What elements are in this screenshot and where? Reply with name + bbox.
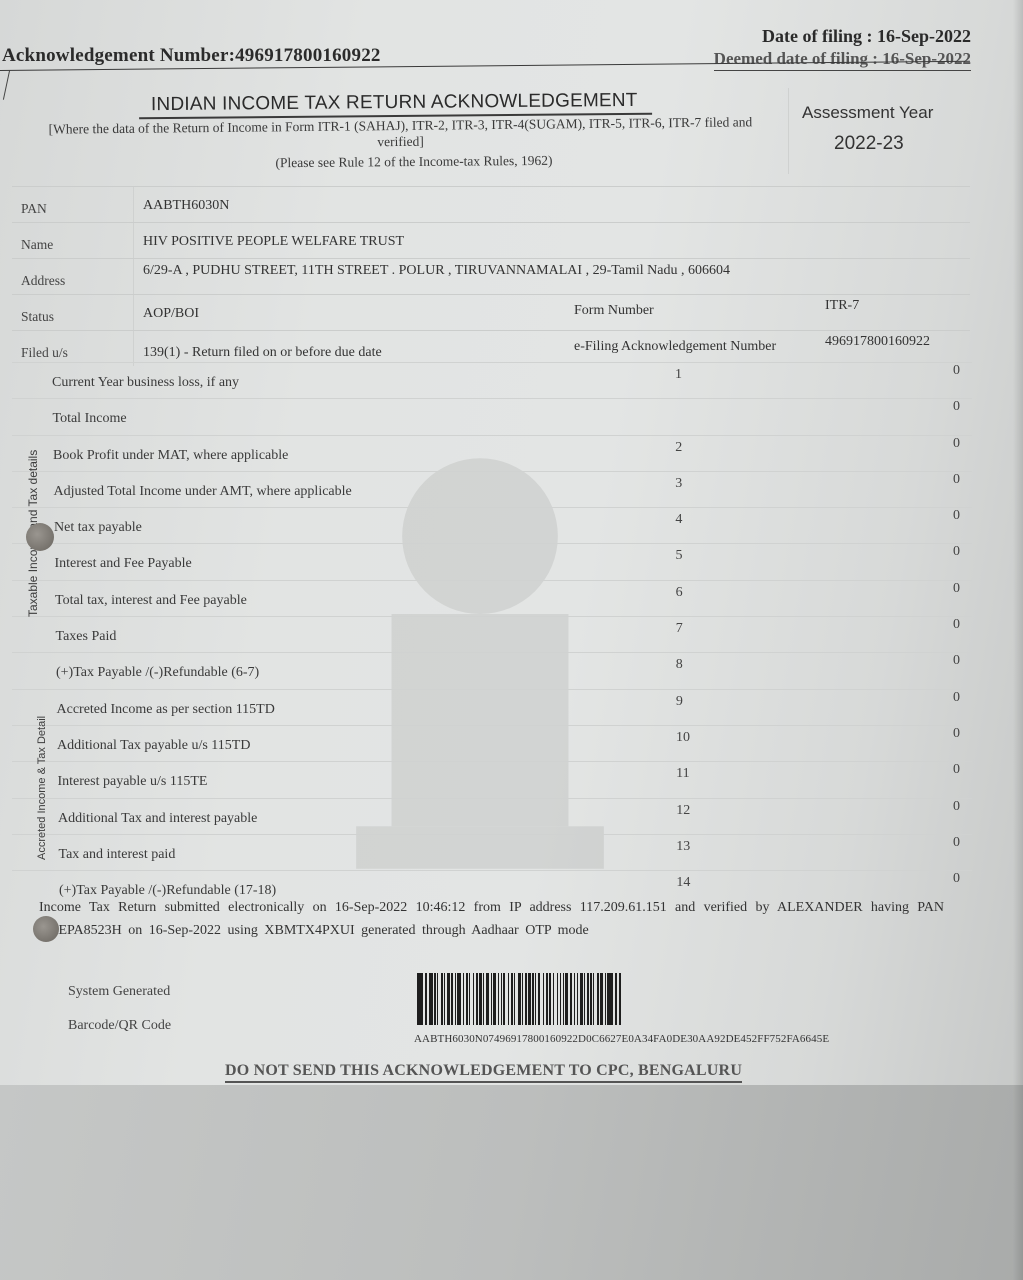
- row-value: 0: [953, 690, 960, 706]
- table-row: Additional Tax payable u/s 115TD100: [12, 725, 972, 761]
- row-label: Interest payable u/s 115TE: [58, 774, 208, 790]
- row-number: 3: [675, 476, 682, 492]
- assessment-year-value: 2022-23: [834, 133, 904, 155]
- acknowledgement-number: Acknowledgement Number:496917800160922: [2, 45, 381, 67]
- name-label: Name: [21, 237, 53, 253]
- row-value: 0: [953, 544, 960, 560]
- divider: [788, 88, 789, 174]
- row-label: Current Year business loss, if any: [52, 375, 239, 391]
- table-row: Taxes Paid70: [12, 616, 972, 652]
- barcode-label-line1: System Generated: [68, 975, 171, 1009]
- row-value: 0: [953, 726, 960, 742]
- page-edge: [1013, 0, 1023, 1280]
- pan-value: AABTH6030N: [143, 198, 229, 214]
- table-row: Tax and interest paid130: [12, 834, 972, 870]
- row-number: 7: [676, 621, 683, 637]
- row-value: 0: [953, 508, 960, 524]
- taxpayer-info-table: PAN AABTH6030N Name HIV POSITIVE PEOPLE …: [12, 186, 970, 366]
- row-label: Tax and interest paid: [59, 847, 176, 863]
- info-row-address: Address 6/29-A , PUDHU STREET, 11TH STRE…: [12, 258, 970, 294]
- info-row-name: Name HIV POSITIVE PEOPLE WELFARE TRUST: [12, 222, 970, 258]
- row-value: 0: [953, 617, 960, 633]
- section-label-accreted: Accreted Income & Tax Detail: [36, 716, 48, 860]
- form-number-value: ITR-7: [825, 298, 859, 314]
- row-label: Total Income: [53, 411, 127, 427]
- barcode-label: System Generated Barcode/QR Code: [68, 975, 171, 1043]
- row-number: 8: [676, 657, 683, 673]
- title-block: INDIAN INCOME TAX RETURN ACKNOWLEDGEMENT…: [14, 88, 969, 174]
- row-value: 0: [953, 472, 960, 488]
- row-value: 0: [953, 835, 960, 851]
- row-label: Adjusted Total Income under AMT, where a…: [54, 484, 352, 500]
- efiling-ack-label: e-Filing Acknowledgement Number: [574, 339, 776, 355]
- divider: [133, 295, 134, 330]
- table-row: Net tax payable40: [12, 507, 972, 543]
- name-value: HIV POSITIVE PEOPLE WELFARE TRUST: [143, 234, 404, 250]
- assessment-year-label: Assessment Year: [802, 103, 933, 123]
- row-label: Net tax payable: [54, 520, 142, 536]
- page-shadow: [0, 1085, 1023, 1280]
- table-row: (+)Tax Payable /(-)Refundable (6-7)80: [12, 652, 972, 688]
- row-label: (+)Tax Payable /(-)Refundable (6-7): [56, 665, 259, 681]
- row-number: 12: [676, 803, 690, 819]
- table-row: Interest and Fee Payable50: [12, 543, 972, 579]
- row-value: 0: [953, 653, 960, 669]
- efiling-ack-value: 496917800160922: [825, 334, 930, 350]
- row-number: 10: [676, 730, 690, 746]
- rule-note: (Please see Rule 12 of the Income-tax Ru…: [134, 152, 694, 173]
- info-row-status: Status AOP/BOI Form Number ITR-7: [12, 294, 970, 330]
- table-row: Total Income0: [12, 398, 972, 434]
- row-label: Interest and Fee Payable: [55, 556, 192, 572]
- row-number: 9: [676, 694, 683, 710]
- filing-dates: Date of filing : 16-Sep-2022 Deemed date…: [714, 26, 971, 71]
- row-label: Additional Tax payable u/s 115TD: [57, 738, 250, 754]
- row-value: 0: [953, 363, 960, 379]
- info-row-pan: PAN AABTH6030N: [12, 186, 970, 222]
- address-label: Address: [21, 273, 65, 289]
- pen-mark: [3, 70, 10, 100]
- row-number: 5: [676, 548, 683, 564]
- row-number: 6: [676, 585, 683, 601]
- row-value: 0: [953, 871, 960, 887]
- row-label: Book Profit under MAT, where applicable: [53, 448, 288, 464]
- table-row: Current Year business loss, if any10: [12, 362, 972, 398]
- row-number: 14: [676, 875, 690, 891]
- divider: [133, 223, 134, 258]
- row-number: 2: [675, 440, 682, 456]
- divider: [133, 187, 134, 222]
- row-number: 1: [675, 367, 682, 383]
- row-value: 0: [953, 762, 960, 778]
- submission-statement: Income Tax Return submitted electronical…: [39, 896, 944, 942]
- status-label: Status: [21, 309, 54, 325]
- row-number: 4: [675, 512, 682, 528]
- row-label: Total tax, interest and Fee payable: [55, 593, 247, 609]
- info-row-filed-us: Filed u/s 139(1) - Return filed on or be…: [12, 330, 970, 366]
- punch-hole: [26, 523, 54, 551]
- divider: [133, 259, 134, 294]
- row-label: Additional Tax and interest payable: [58, 811, 257, 827]
- punch-hole: [33, 916, 59, 942]
- row-number: 11: [676, 766, 689, 782]
- row-value: 0: [953, 799, 960, 815]
- pan-label: PAN: [21, 201, 47, 217]
- form-subtitle: [Where the data of the Return of Income …: [28, 114, 773, 154]
- page-title: INDIAN INCOME TAX RETURN ACKNOWLEDGEMENT: [139, 90, 652, 119]
- address-value: 6/29-A , PUDHU STREET, 11TH STREET . POL…: [143, 263, 730, 279]
- row-label: Accreted Income as per section 115TD: [57, 702, 275, 718]
- row-value: 0: [953, 399, 960, 415]
- row-number: 13: [676, 839, 690, 855]
- row-value: 0: [953, 581, 960, 597]
- divider: [133, 331, 134, 366]
- filed-us-value: 139(1) - Return filed on or before due d…: [143, 345, 382, 361]
- table-row: Additional Tax and interest payable120: [12, 798, 972, 834]
- barcode-text: AABTH6030N07496917800160922D0C6627E0A34F…: [414, 1033, 829, 1045]
- form-number-label: Form Number: [574, 303, 654, 319]
- table-row: Adjusted Total Income under AMT, where a…: [12, 471, 972, 507]
- table-row: Total tax, interest and Fee payable60: [12, 580, 972, 616]
- barcode-label-line2: Barcode/QR Code: [68, 1009, 171, 1043]
- table-row: Accreted Income as per section 115TD90: [12, 689, 972, 725]
- row-label: Taxes Paid: [56, 629, 117, 645]
- table-row: Interest payable u/s 115TE110: [12, 761, 972, 797]
- table-row: Book Profit under MAT, where applicable2…: [12, 435, 972, 471]
- filed-us-label: Filed u/s: [21, 345, 68, 361]
- barcode: [417, 973, 749, 1025]
- row-value: 0: [953, 436, 960, 452]
- status-value: AOP/BOI: [143, 306, 199, 322]
- tax-details-table: Current Year business loss, if any10Tota…: [12, 362, 972, 906]
- date-of-filing: Date of filing : 16-Sep-2022: [714, 26, 971, 47]
- footer-note: DO NOT SEND THIS ACKNOWLEDGEMENT TO CPC,…: [225, 1062, 742, 1083]
- deemed-date-of-filing: Deemed date of filing : 16-Sep-2022: [714, 49, 971, 71]
